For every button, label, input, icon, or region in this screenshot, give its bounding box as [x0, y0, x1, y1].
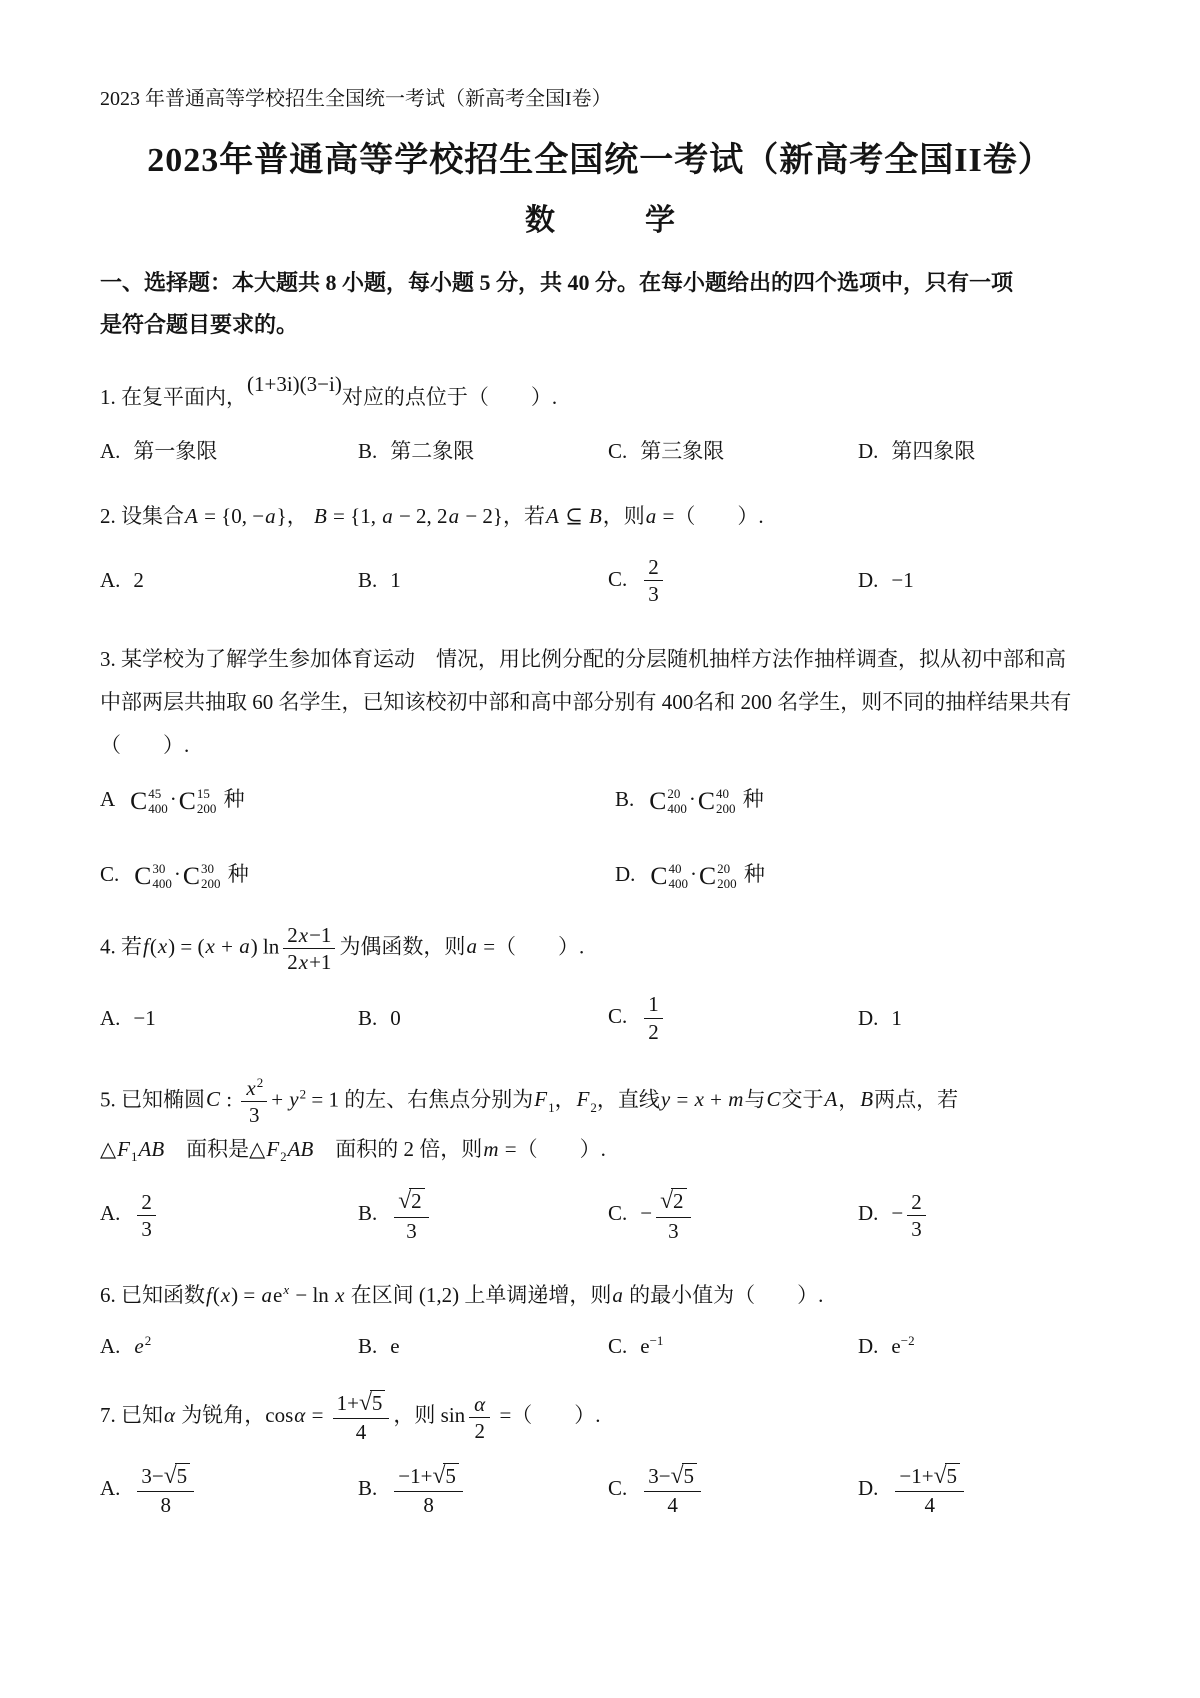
math-combination: C30200 [183, 861, 221, 892]
math-text: 1. 在复平面内， [100, 385, 247, 409]
math-variable: a [465, 934, 478, 958]
math-text: （ ）. [100, 733, 189, 757]
combination-base: C [183, 861, 200, 891]
math-variable: a [261, 1283, 274, 1307]
math-fraction: x23 [241, 1075, 267, 1129]
math-superscript: −2 [901, 1333, 915, 1348]
math-text: 2 [257, 1075, 264, 1090]
math-text: 3 [141, 1217, 152, 1241]
math-text: 8 [423, 1493, 434, 1517]
answer-option: A.23 [100, 1189, 358, 1243]
option-label: A [100, 787, 115, 811]
fraction-denominator: 4 [895, 1491, 964, 1518]
math-text: 面积是△ [165, 1137, 265, 1161]
answer-option: D.−1 [858, 568, 1100, 593]
math-text: 2 [145, 1333, 152, 1348]
radicand: 5 [443, 1463, 459, 1488]
combination-base: C [649, 786, 666, 816]
math-variable: a [611, 1283, 624, 1307]
option-label: A. [100, 439, 120, 463]
math-text: 1 [891, 1006, 902, 1030]
option-content: 3−√54 [640, 1476, 705, 1500]
option-label: D. [858, 568, 878, 592]
combination-subscript: 200 [197, 801, 217, 816]
option-label: A. [100, 1334, 120, 1358]
radicand: 5 [370, 1390, 386, 1415]
math-text: 2 [133, 568, 144, 592]
question-6: 6. 已知函数f(x) = aex − ln x 在区间 (1,2) 上单调递增… [100, 1274, 1100, 1359]
fraction-numerator: 3−√5 [137, 1462, 194, 1491]
option-content: −1 [133, 1006, 155, 1030]
math-text: 3 [648, 582, 659, 606]
answer-option: B.1 [358, 568, 608, 593]
math-text: − ln [290, 1283, 334, 1307]
option-label: D. [858, 1334, 878, 1358]
question-6-options: A.e2B.eC.e−1D.e−2 [100, 1333, 1100, 1359]
math-variable: y [288, 1087, 299, 1111]
question-2-options: A.2B.1C.23D.−1 [100, 554, 1100, 608]
question-7-stem: 7. 已知α 为锐角，cosα = 1+√54，则 sinα2 =（ ）. [100, 1389, 1100, 1446]
option-content: √23 [390, 1201, 432, 1225]
option-content: −1+√58 [390, 1476, 467, 1500]
combination-scripts: 40200 [716, 786, 736, 817]
fraction-numerator: √2 [656, 1187, 690, 1216]
math-text: 2 [911, 1190, 922, 1214]
question-2-stem: 2. 设集合A = {0, −a}， B = {1, a − 2, 2a − 2… [100, 495, 1100, 538]
combination-subscript: 200 [717, 876, 737, 891]
math-variable: α [293, 1403, 306, 1427]
math-text: 的最小值为（ ）. [624, 1283, 824, 1307]
math-text: −1 [891, 568, 913, 592]
math-text: ，则 sin [393, 1403, 465, 1427]
math-variable: x [694, 1087, 705, 1111]
math-text: 2 [648, 555, 659, 579]
math-text: ， [555, 1087, 576, 1111]
combination-base: C [134, 861, 151, 891]
math-text: = 1 的左、右焦点分别为 [306, 1087, 533, 1111]
math-variable: x [220, 1283, 231, 1307]
fraction-numerator: 1+√5 [333, 1389, 390, 1418]
math-text: −2 [901, 1333, 915, 1348]
math-text: 3 [406, 1219, 417, 1243]
option-content: −√23 [640, 1201, 694, 1225]
option-content: 第一象限 [133, 439, 217, 463]
combination-subscript: 400 [152, 876, 172, 891]
combination-scripts: 20400 [667, 786, 687, 817]
answer-option: C.第三象限 [608, 435, 858, 465]
question-1-stem: 1. 在复平面内，(1+3i)(3−i)对应的点位于（ ）. [100, 376, 1100, 419]
question-5: 5. 已知椭圆C : x23+ y2 = 1 的左、右焦点分别为F1，F2，直线… [100, 1075, 1100, 1244]
math-text: = {0, − [199, 504, 264, 528]
combination-superscript: 15 [197, 786, 217, 801]
math-text: 2 [280, 1149, 287, 1164]
math-text: ) ln [251, 934, 280, 958]
math-variable: x [298, 950, 309, 974]
radicand: 2 [671, 1188, 687, 1213]
math-variable: e [133, 1334, 144, 1358]
math-variable: f [142, 934, 150, 958]
math-text: (1+3i)(3−i) [247, 372, 342, 396]
fraction-denominator: 3 [137, 1215, 156, 1242]
answer-option: C.12 [608, 991, 858, 1045]
math-variable: a [381, 504, 394, 528]
fraction-denominator: 2x+1 [283, 948, 335, 975]
page-header-line: 2023 年普通高等学校招生全国统一考试（新高考全国I卷） [100, 86, 1100, 112]
option-label: C. [608, 1334, 627, 1358]
math-subscript: 2 [280, 1149, 287, 1164]
question-3-options: AC45400·C15200 种B.C20400·C40200 种C.C3040… [100, 783, 1100, 892]
math-text: = {1, [328, 504, 381, 528]
answer-option: AC45400·C15200 种 [100, 783, 615, 817]
math-variable: y [660, 1087, 671, 1111]
option-label: B. [358, 1006, 377, 1030]
math-variable: A [823, 1087, 838, 1111]
answer-option: C.3−√54 [608, 1462, 858, 1519]
math-text: =（ ）. [499, 1137, 605, 1161]
math-text: + [216, 934, 238, 958]
answer-option: D.1 [858, 1006, 1100, 1031]
math-text: }， [277, 504, 313, 528]
math-text: ⊆ [560, 504, 588, 528]
math-text: + [271, 1087, 288, 1111]
answer-option: B.−1+√58 [358, 1462, 608, 1519]
option-content: 0 [390, 1006, 401, 1030]
math-text: 5 [372, 1391, 383, 1415]
combination-scripts: 45400 [148, 786, 168, 817]
math-fraction: 3−√54 [644, 1462, 701, 1519]
math-text: · [689, 787, 696, 811]
question-1: 1. 在复平面内，(1+3i)(3−i)对应的点位于（ ）. A.第一象限B.第… [100, 376, 1100, 465]
math-text: : [221, 1087, 237, 1111]
answer-option: B.C20400·C40200 种 [615, 783, 1100, 817]
math-text: 2 [474, 1419, 485, 1443]
combination-scripts: 20200 [717, 861, 737, 892]
fraction-numerator: 2 [644, 554, 663, 580]
math-fraction: √23 [656, 1187, 690, 1244]
combination-base: C [650, 861, 667, 891]
math-variable: x [298, 923, 309, 947]
math-variable: m [482, 1137, 499, 1161]
math-text: 第三象限 [640, 439, 724, 463]
option-content: C40400·C20200 种 [648, 862, 764, 886]
answer-option: B.0 [358, 1006, 608, 1031]
answer-option: C.e−1 [608, 1333, 858, 1359]
math-text: ( [213, 1283, 220, 1307]
option-content: 第三象限 [640, 439, 724, 463]
math-text: △ [100, 1137, 116, 1161]
math-text: · [174, 862, 181, 886]
combination-scripts: 30200 [201, 861, 221, 892]
option-label: A. [100, 568, 120, 592]
math-superscript: −1 [650, 1333, 664, 1348]
combination-superscript: 30 [152, 861, 172, 876]
math-raised-expression: (1+3i)(3−i) [247, 363, 342, 406]
math-text: =（ ）. [494, 1403, 600, 1427]
math-radical: √2 [660, 1189, 686, 1213]
answer-option: A.−1 [100, 1006, 358, 1031]
math-text: 4 [356, 1420, 367, 1444]
answer-option: A.e2 [100, 1333, 358, 1359]
math-text: 2 [287, 923, 298, 947]
combination-superscript: 40 [669, 861, 689, 876]
math-fraction: 23 [137, 1189, 156, 1243]
option-label: C. [100, 862, 119, 886]
math-text: −1+ [899, 1464, 933, 1488]
option-label: B. [615, 787, 634, 811]
option-label: D. [858, 1476, 878, 1500]
question-2: 2. 设集合A = {0, −a}， B = {1, a − 2, 2a − 2… [100, 495, 1100, 608]
math-text: · [170, 787, 177, 811]
option-content: e2 [133, 1334, 151, 1358]
option-content: 1 [891, 1006, 902, 1030]
combination-base: C [698, 786, 715, 816]
answer-option: B.e [358, 1334, 608, 1359]
math-text: 5 [947, 1464, 958, 1488]
option-label: C. [608, 1201, 627, 1225]
math-text: ) = [231, 1283, 260, 1307]
section-heading: 一、选择题：本大题共 8 小题，每小题 5 分，共 40 分。在每小题给出的四个… [100, 262, 1100, 346]
math-text: −1+ [398, 1464, 432, 1488]
combination-subscript: 200 [716, 801, 736, 816]
math-variable: AB [138, 1137, 166, 1161]
question-5-options: A.23B.√23C.−√23D.−23 [100, 1187, 1100, 1244]
subject-title: 数 学 [100, 200, 1100, 242]
option-label: A. [100, 1006, 120, 1030]
math-text: 1 [390, 568, 401, 592]
math-text: ，则 [603, 504, 645, 528]
question-1-options: A.第一象限B.第二象限C.第三象限D.第四象限 [100, 435, 1100, 465]
math-text: = [306, 1403, 328, 1427]
math-radical: √5 [671, 1464, 697, 1488]
math-text: 两点，若 [874, 1087, 958, 1111]
option-label: C. [608, 1476, 627, 1500]
question-7-options: A.3−√58B.−1+√58C.3−√54D.−1+√54 [100, 1462, 1100, 1519]
option-label: A. [100, 1201, 120, 1225]
math-variable: F [533, 1087, 548, 1111]
math-text: 面积的 2 倍，则 [314, 1137, 482, 1161]
combination-base: C [699, 861, 716, 891]
math-text: 2 [648, 1020, 659, 1044]
question-3: 3. 某学校为了解学生参加体育运动 情况，用比例分配的分层随机抽样方法作抽样调查… [100, 638, 1100, 892]
math-text: − 2, 2 [394, 504, 448, 528]
fraction-numerator: 2 [907, 1189, 926, 1215]
math-text: ， [838, 1087, 859, 1111]
fraction-denominator: 8 [394, 1491, 463, 1518]
math-text: e [891, 1334, 900, 1358]
math-text: 2. 设集合 [100, 504, 184, 528]
math-text: 3. 某学校为了解学生参加体育运动 情况，用比例分配的分层随机抽样方法作抽样调查… [100, 647, 1066, 671]
math-text: 3− [648, 1464, 670, 1488]
combination-superscript: 20 [667, 786, 687, 801]
option-content: 23 [133, 1201, 160, 1225]
math-variable: B [859, 1087, 874, 1111]
option-label: D. [858, 439, 878, 463]
math-text: +1 [309, 950, 331, 974]
answer-option: C.−√23 [608, 1187, 858, 1244]
radicand: 5 [682, 1463, 698, 1488]
math-text: 第一象限 [133, 439, 217, 463]
math-variable: F [116, 1137, 131, 1161]
math-text: =（ ）. [657, 504, 763, 528]
math-radical: √5 [432, 1464, 458, 1488]
answer-option: D.e−2 [858, 1333, 1100, 1359]
math-variable: AB [287, 1137, 315, 1161]
math-text: 中部两层共抽取 60 名学生，已知该校初中部和高中部分别有 400名和 200 … [100, 690, 1071, 714]
math-text: 种 [218, 787, 244, 811]
question-4-stem: 4. 若f(x) = (x + a) ln2x−12x+1为偶函数，则a =（ … [100, 922, 1100, 976]
question-7: 7. 已知α 为锐角，cosα = 1+√54，则 sinα2 =（ ）. A.… [100, 1389, 1100, 1518]
math-variable: x [205, 934, 216, 958]
math-text: 为锐角，cos [176, 1403, 293, 1427]
answer-option: D.第四象限 [858, 435, 1100, 465]
combination-superscript: 30 [201, 861, 221, 876]
math-text: − 2}，若 [460, 504, 545, 528]
math-text: 对应的点位于（ ）. [342, 385, 557, 409]
math-variable: C [205, 1087, 221, 1111]
option-content: 第二象限 [390, 439, 474, 463]
answer-option: A.3−√58 [100, 1462, 358, 1519]
math-superscript: 2 [145, 1333, 152, 1348]
option-label: D. [858, 1201, 878, 1225]
math-variable: B [588, 504, 603, 528]
math-combination: C20400 [649, 786, 687, 817]
fraction-denominator: 4 [333, 1418, 390, 1445]
option-content: e−2 [891, 1334, 914, 1358]
fraction-denominator: 2 [469, 1417, 490, 1444]
math-text: e [640, 1334, 649, 1358]
combination-scripts: 15200 [197, 786, 217, 817]
math-variable: x [282, 1282, 290, 1297]
radicand: 5 [175, 1463, 191, 1488]
option-content: C30400·C30200 种 [132, 862, 248, 886]
math-text: 为偶函数，则 [339, 934, 465, 958]
fraction-numerator: 1 [644, 991, 663, 1017]
math-text: 1 [131, 1149, 138, 1164]
math-radical: √5 [359, 1391, 385, 1415]
fraction-numerator: √2 [394, 1187, 428, 1216]
fraction-denominator: 3 [394, 1217, 428, 1244]
math-text: 3 [668, 1219, 679, 1243]
math-fraction: 12 [644, 991, 663, 1045]
math-combination: C40400 [650, 861, 688, 892]
fraction-denominator: 2 [644, 1018, 663, 1045]
math-text: ) = ( [168, 934, 204, 958]
math-text: e [273, 1283, 282, 1307]
fraction-numerator: 2x−1 [283, 922, 335, 948]
math-text: ( [150, 934, 157, 958]
math-text: · [690, 862, 697, 886]
answer-option: D.C40400·C20200 种 [615, 858, 1100, 892]
fraction-numerator: 3−√5 [644, 1462, 701, 1491]
combination-subscript: 400 [148, 801, 168, 816]
question-5-stem: 5. 已知椭圆C : x23+ y2 = 1 的左、右焦点分别为F1，F2，直线… [100, 1075, 1100, 1172]
question-4: 4. 若f(x) = (x + a) ln2x−12x+1为偶函数，则a =（ … [100, 922, 1100, 1045]
option-content: −1+√54 [891, 1476, 968, 1500]
math-combination: C20200 [699, 861, 737, 892]
math-text: 4 [667, 1493, 678, 1517]
math-text: 2 [141, 1190, 152, 1214]
math-text: 5. 已知椭圆 [100, 1087, 205, 1111]
fraction-numerator: x2 [241, 1075, 267, 1101]
section-heading-line2: 是符合题目要求的。 [100, 304, 1100, 346]
math-text: 0 [390, 1006, 401, 1030]
math-text: 6. 已知函数 [100, 1283, 205, 1307]
math-combination: C15200 [179, 786, 217, 817]
question-4-options: A.−1B.0C.12D.1 [100, 991, 1100, 1045]
fraction-denominator: 3 [644, 580, 663, 607]
answer-option: A.第一象限 [100, 435, 358, 465]
math-variable: a [264, 504, 277, 528]
math-text: 种 [737, 787, 763, 811]
math-variable: a [448, 504, 461, 528]
exam-page: 2023 年普通高等学校招生全国统一考试（新高考全国I卷） 2023年普通高等学… [0, 0, 1200, 1698]
fraction-denominator: 8 [137, 1491, 194, 1518]
section-heading-line1: 一、选择题：本大题共 8 小题，每小题 5 分，共 40 分。在每小题给出的四个… [100, 262, 1100, 304]
math-text: ，直线 [597, 1087, 660, 1111]
option-label: B. [358, 1334, 377, 1358]
option-content: 12 [640, 1004, 667, 1028]
math-text: 种 [222, 862, 248, 886]
math-text: − [891, 1201, 903, 1225]
math-variable: A [184, 504, 199, 528]
math-text: 2 [411, 1189, 422, 1213]
math-text: 种 [739, 862, 765, 886]
question-6-stem: 6. 已知函数f(x) = aex − ln x 在区间 (1,2) 上单调递增… [100, 1274, 1100, 1317]
math-text: 在区间 (1,2) 上单调递增，则 [345, 1283, 611, 1307]
combination-base: C [179, 786, 196, 816]
math-text: −1 [133, 1006, 155, 1030]
math-radical: √2 [398, 1189, 424, 1213]
math-text: 4. 若 [100, 934, 142, 958]
math-combination: C30400 [134, 861, 172, 892]
fraction-denominator: 4 [644, 1491, 701, 1518]
exam-title: 2023年普通高等学校招生全国统一考试（新高考全国II卷） [100, 138, 1100, 184]
combination-subscript: 400 [669, 876, 689, 891]
option-label: B. [358, 1201, 377, 1225]
option-content: −1 [891, 568, 913, 592]
option-label: C. [608, 439, 627, 463]
radicand: 2 [409, 1188, 425, 1213]
math-text: 2 [673, 1189, 684, 1213]
fraction-numerator: α [469, 1391, 490, 1417]
math-text: e [390, 1334, 399, 1358]
combination-superscript: 20 [717, 861, 737, 876]
answer-option: C.C30400·C30200 种 [100, 858, 615, 892]
option-content: 第四象限 [891, 439, 975, 463]
math-text: 4 [924, 1493, 935, 1517]
option-label: C. [608, 567, 627, 591]
combination-subscript: 400 [667, 801, 687, 816]
math-variable: a [645, 504, 658, 528]
math-variable: a [238, 934, 251, 958]
option-label: B. [358, 1476, 377, 1500]
math-fraction: 1+√54 [333, 1389, 390, 1446]
math-radical: √5 [164, 1464, 190, 1488]
question-3-stem: 3. 某学校为了解学生参加体育运动 情况，用比例分配的分层随机抽样方法作抽样调查… [100, 638, 1100, 767]
option-label: D. [615, 862, 635, 886]
math-variable: x [157, 934, 168, 958]
math-variable: f [205, 1283, 213, 1307]
combination-superscript: 45 [148, 786, 168, 801]
math-text: 5 [177, 1464, 188, 1488]
answer-option: A.2 [100, 568, 358, 593]
combination-subscript: 200 [201, 876, 221, 891]
fraction-numerator: 2 [137, 1189, 156, 1215]
combination-superscript: 40 [716, 786, 736, 801]
option-content: e−1 [640, 1334, 663, 1358]
math-text: 7. 已知 [100, 1403, 163, 1427]
math-text: 3 [911, 1217, 922, 1241]
